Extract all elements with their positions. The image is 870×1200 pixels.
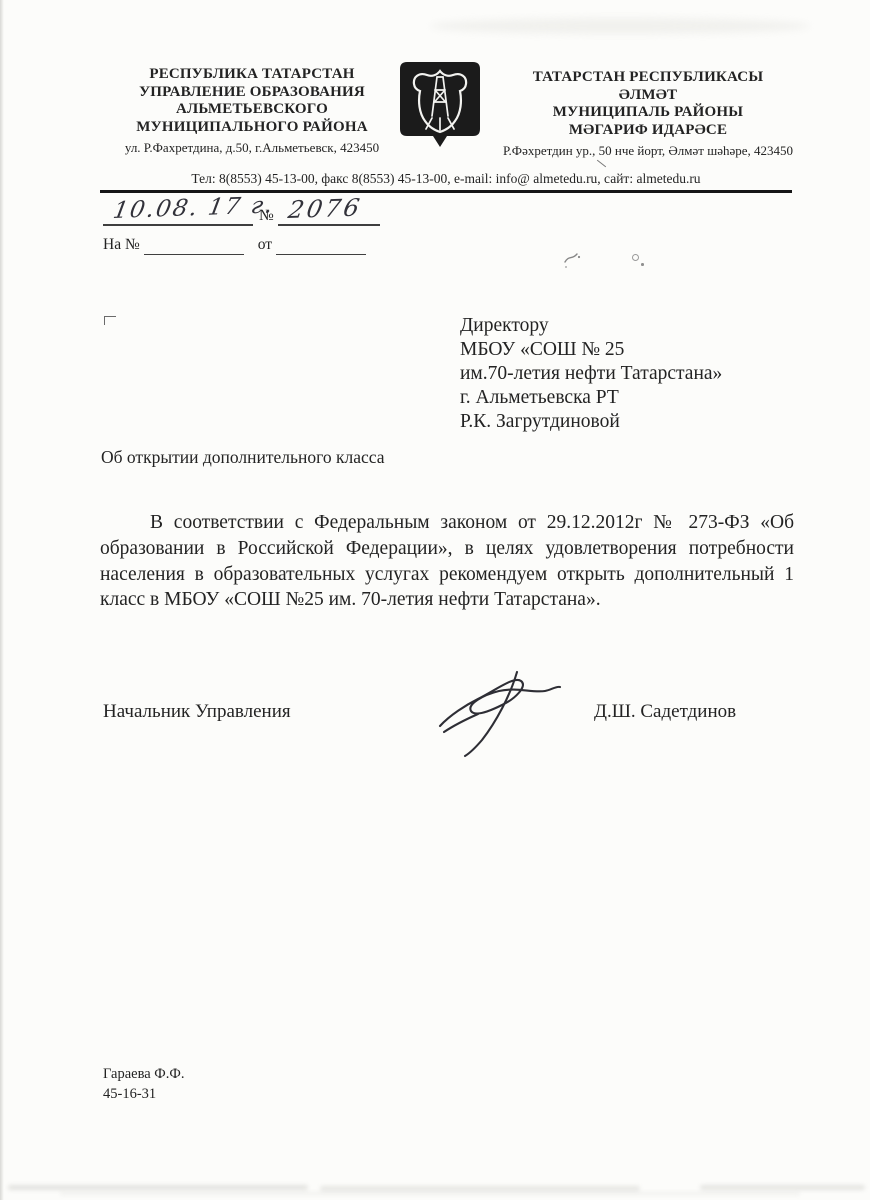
handwritten-signature — [424, 656, 566, 758]
org-address: ул. Р.Фахретдина, д.50, г.Альметьевск, 4… — [106, 140, 398, 155]
org-address: Р.Фәхретдин ур., 50 нче йорт, Әлмәт шәһә… — [490, 143, 806, 158]
addressee-line: им.70-летия нефти Татарстана» — [460, 362, 722, 386]
addressee-line: Директору — [460, 314, 722, 338]
outgoing-reference-row: 10.08. 17 г. № 2076 — [103, 196, 380, 226]
signatory-name: Д.Ш. Садетдинов — [594, 701, 736, 723]
scan-artifact — [320, 1186, 640, 1191]
handwritten-date: 10.08. 17 г. — [111, 192, 277, 224]
org-name-line: АЛЬМЕТЬЕВСКОГО — [106, 101, 398, 119]
scan-edge-artifact — [0, 0, 4, 1200]
org-name-line: УПРАВЛЕНИЕ ОБРАЗОВАНИЯ — [106, 84, 398, 102]
subject-line: Об открытии дополнительного класса — [101, 447, 384, 468]
addressee-line: Р.К. Загрутдиновой — [460, 410, 722, 434]
contact-line: Тел: 8(8553) 45-13-00, факс 8(8553) 45-1… — [100, 171, 792, 193]
scan-artifact — [632, 254, 639, 261]
coat-of-arms-icon — [399, 61, 481, 149]
reply-to-label: На № — [103, 236, 144, 255]
scan-artifact — [700, 1185, 865, 1190]
reply-date-line — [276, 234, 366, 255]
scan-artifact — [597, 160, 606, 168]
incoming-reference-row: На № от — [103, 234, 366, 255]
date-line: 10.08. 17 г. — [103, 196, 253, 226]
scanned-letter-page: РЕСПУБЛИКА ТАТАРСТАН УПРАВЛЕНИЕ ОБРАЗОВА… — [0, 0, 870, 1200]
address-zone-corner-mark — [104, 316, 116, 325]
reply-from-label: от — [244, 236, 276, 255]
letterhead-right-org: ТАТАРСТАН РЕСПУБЛИКАСЫ ӘЛМӘТ МУНИЦИПАЛЬ … — [490, 69, 806, 158]
scan-artifact — [562, 250, 588, 268]
addressee-block: Директору МБОУ «СОШ № 25 им.70-летия неф… — [460, 314, 722, 434]
org-name-line: ӘЛМӘТ — [490, 87, 806, 105]
org-name-line: МУНИЦИПАЛЬ РАЙОНЫ — [490, 104, 806, 122]
addressee-line: МБОУ «СОШ № 25 — [460, 338, 722, 362]
org-name-line: РЕСПУБЛИКА ТАТАРСТАН — [106, 66, 398, 84]
scan-artifact — [430, 18, 810, 34]
scan-artifact — [641, 263, 644, 266]
scan-artifact — [60, 1192, 800, 1195]
signatory-title: Начальник Управления — [103, 701, 291, 723]
org-name-line: МУНИЦИПАЛЬНОГО РАЙОНА — [106, 119, 398, 137]
scan-artifact — [8, 1185, 308, 1190]
letterhead-left-org: РЕСПУБЛИКА ТАТАРСТАН УПРАВЛЕНИЕ ОБРАЗОВА… — [106, 66, 398, 155]
reply-number-line — [144, 234, 244, 255]
org-name-line: МӘГАРИФ ИДАРӘСЕ — [490, 122, 806, 140]
handwritten-number: 2076 — [286, 193, 365, 224]
number-line: 2076 — [278, 196, 380, 226]
executor-phone: 45-16-31 — [103, 1084, 184, 1104]
addressee-line: г. Альметьевска РТ — [460, 386, 722, 410]
body-paragraph: В соответствии с Федеральным законом от … — [100, 510, 794, 613]
executor-note: Гараева Ф.Ф. 45-16-31 — [103, 1064, 184, 1104]
executor-name: Гараева Ф.Ф. — [103, 1064, 184, 1084]
org-name-line: ТАТАРСТАН РЕСПУБЛИКАСЫ — [490, 69, 806, 87]
